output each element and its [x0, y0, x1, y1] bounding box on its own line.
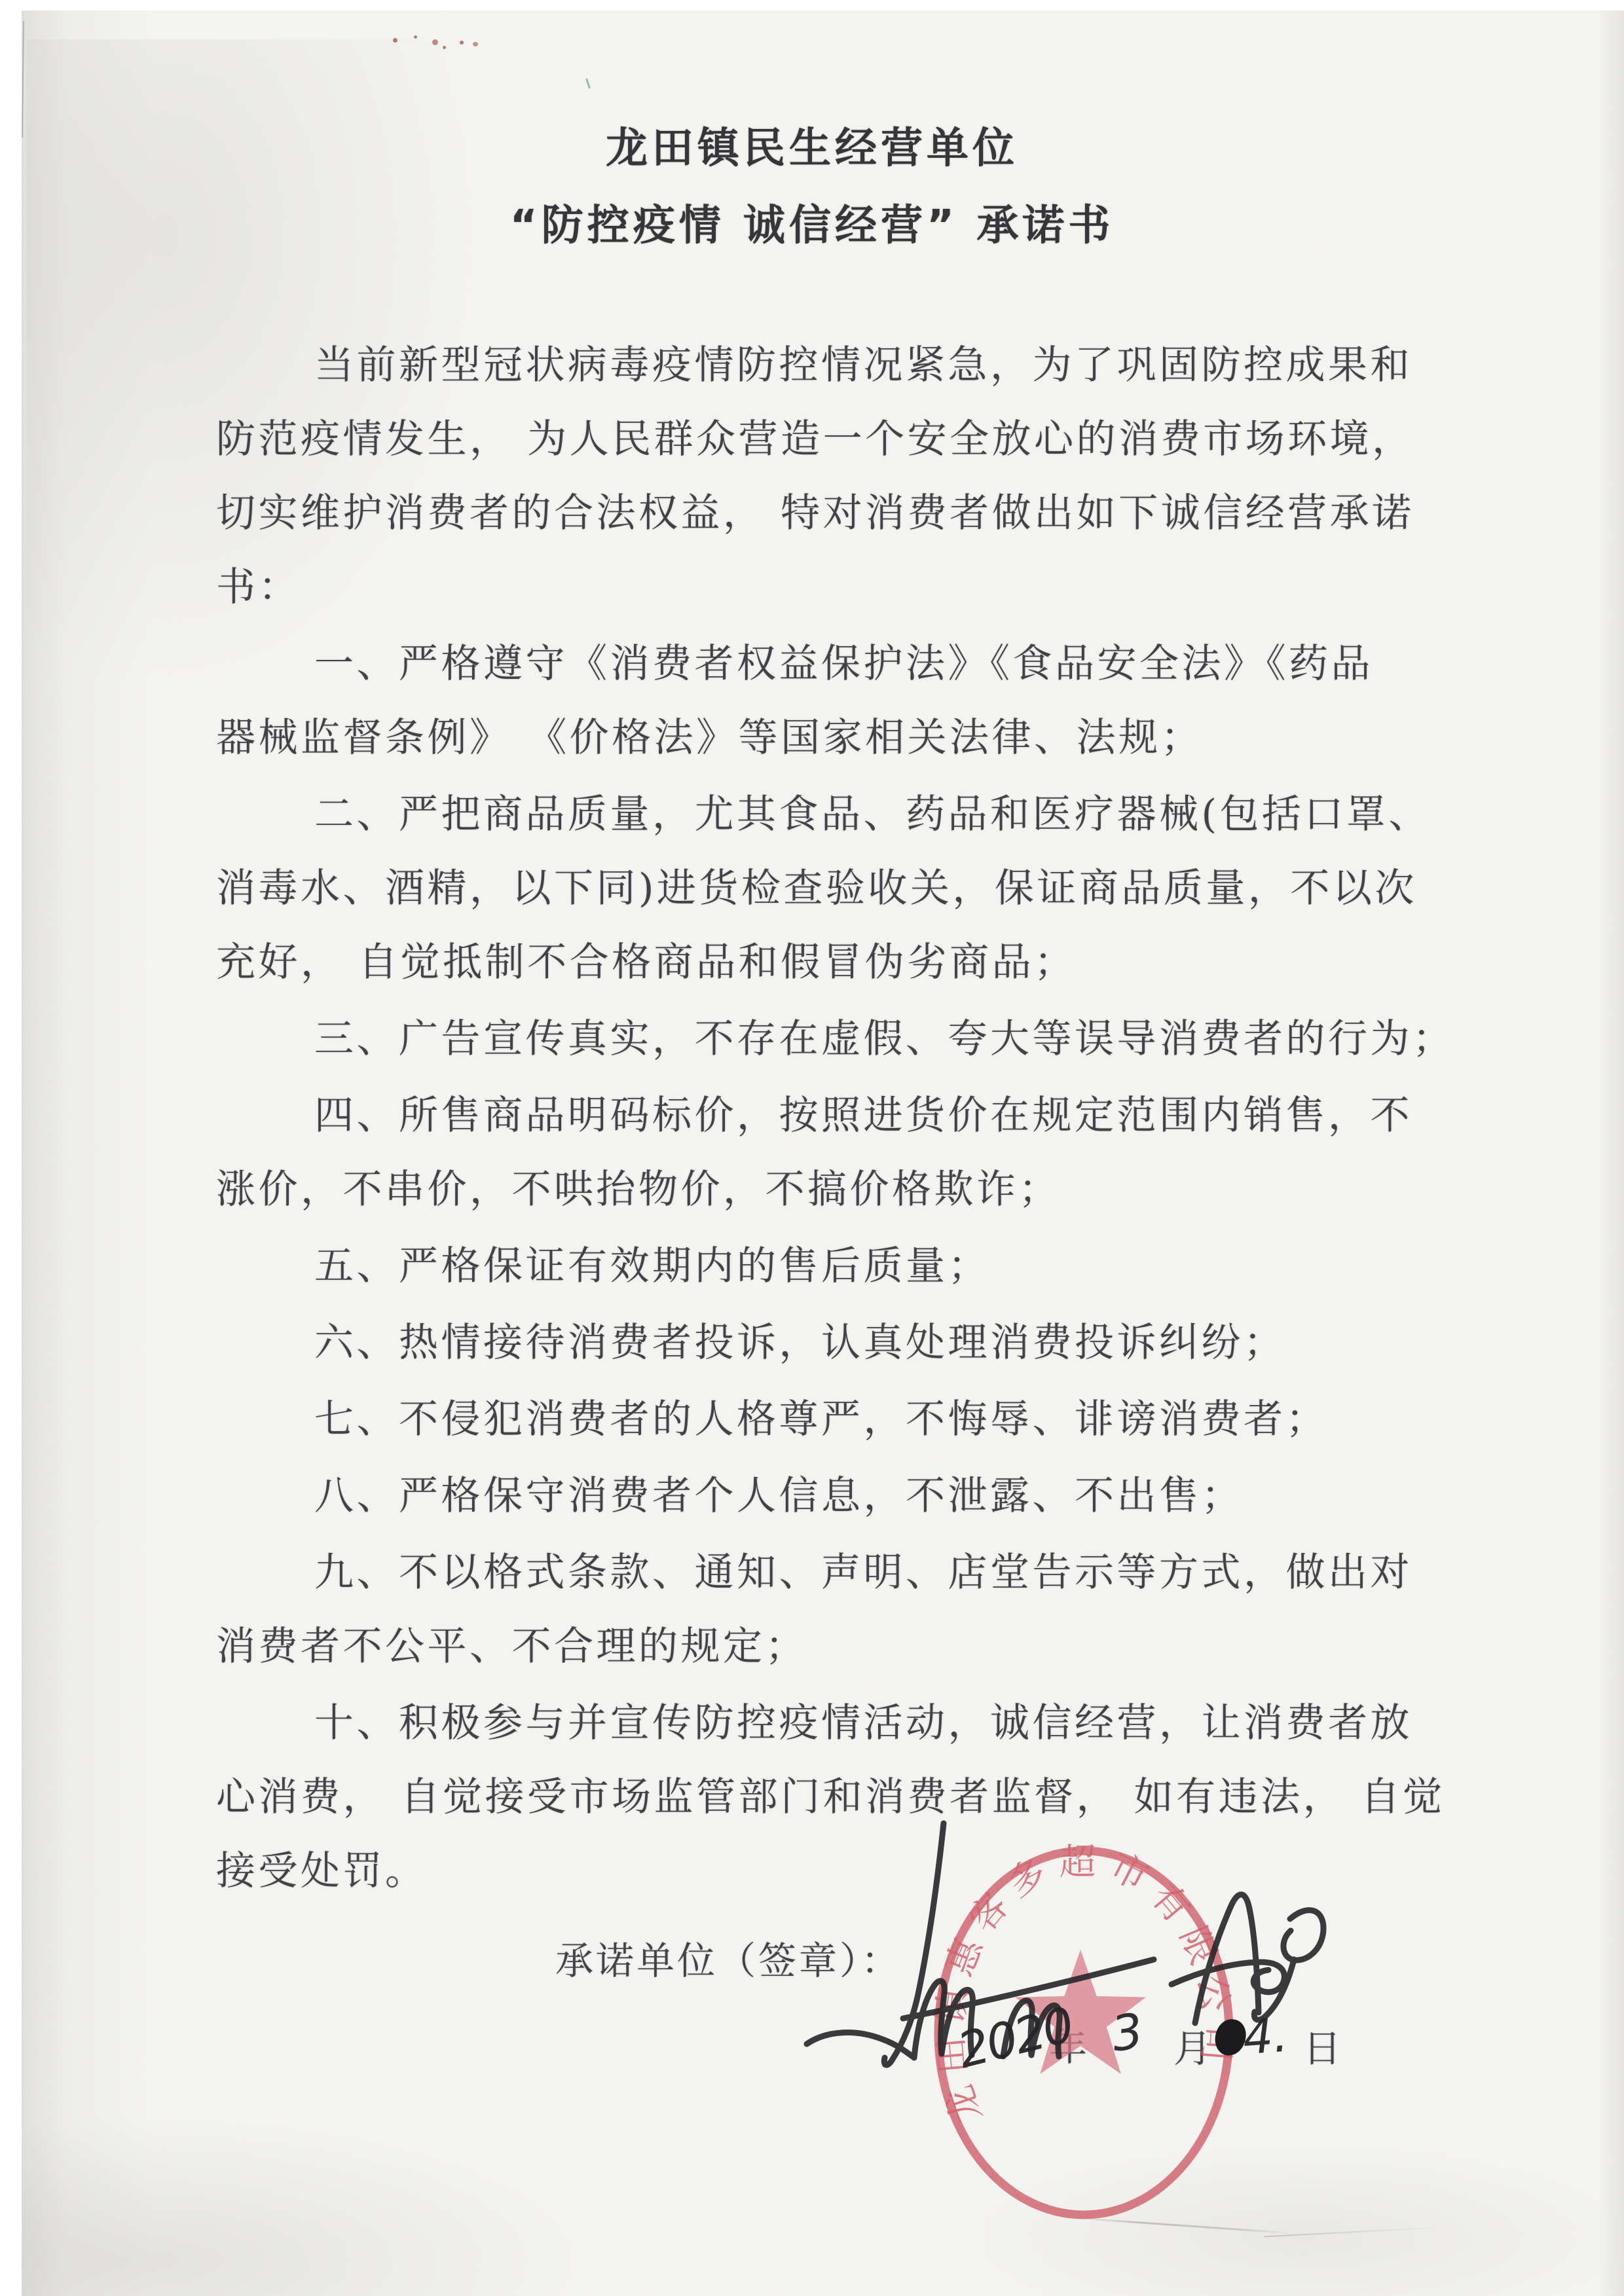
ink-speck	[473, 42, 478, 46]
body-line: 三、广告宣传真实，不存在虚假、夸大等误导消费者的行为；	[216, 1002, 1431, 1076]
body-line: 消毒水、酒精，以下同)进货检查验收关，保证商品质量，不以次	[216, 852, 1431, 926]
body-line: 九、不以格式条款、通知、声明、店堂告示等方式，做出对	[216, 1536, 1431, 1610]
body-line: 六、热情接待消费者投诉，认真处理消费投诉纠纷；	[216, 1306, 1431, 1380]
commitment-item-6: 六、热情接待消费者投诉，认真处理消费投诉纠纷；	[216, 1306, 1431, 1380]
body-line: 防范疫情发生， 为人民群众营造一个安全放心的消费市场环境，	[216, 403, 1431, 477]
body-line: 八、严格保守消费者个人信息，不泄露、不出售；	[216, 1459, 1431, 1533]
title-line-1: 龙田镇民生经营单位	[0, 110, 1624, 187]
body-line: 二、严把商品质量，尤其食品、药品和医疗器械(包括口罩、	[216, 778, 1431, 852]
scanned-document-page: 龙田镇民生经营单位 “防控疫情 诚信经营” 承诺书 当前新型冠状病毒疫情防控情况…	[0, 0, 1624, 2296]
body-line: 器械监督条例》 《价格法》等国家相关法律、法规；	[216, 701, 1431, 775]
ink-speck	[460, 41, 464, 45]
body-line: 十、积极参与并宣传防控疫情活动，诚信经营，让消费者放	[216, 1686, 1431, 1760]
body-line: 当前新型冠状病毒疫情防控情况紧急，为了巩固防控成果和	[216, 329, 1431, 403]
commitment-item-8: 八、严格保守消费者个人信息，不泄露、不出售；	[216, 1459, 1431, 1533]
commitment-item-4: 四、所售商品明码标价，按照进货价在规定范围内销售，不 涨价，不串价，不哄抬物价，…	[216, 1079, 1431, 1227]
commitment-item-7: 七、不侵犯消费者的人格尊严，不悔辱、诽谤消费者；	[216, 1383, 1431, 1457]
scan-edge-shadow	[1598, 0, 1624, 2296]
body-line: 七、不侵犯消费者的人格尊严，不悔辱、诽谤消费者；	[216, 1383, 1431, 1457]
ink-speck	[393, 38, 397, 43]
scan-margin	[0, 0, 1624, 10]
body-line: 五、严格保证有效期内的售后质量；	[216, 1230, 1431, 1303]
body-line: 切实维护消费者的合法权益， 特对消费者做出如下诚信经营承诺	[216, 477, 1431, 551]
title-line-2: “防控疫情 诚信经营” 承诺书	[0, 187, 1624, 264]
handwritten-signature	[766, 1813, 1382, 2141]
scan-edge-shadow	[22, 0, 166, 2296]
commitment-item-9: 九、不以格式条款、通知、声明、店堂告示等方式，做出对 消费者不公平、不合理的规定…	[216, 1536, 1431, 1684]
body-line: 充好， 自觉抵制不合格商品和假冒伪劣商品；	[216, 926, 1431, 1000]
body-line: 涨价，不串价，不哄抬物价，不搞价格欺诈；	[216, 1153, 1431, 1227]
body-line: 书：	[216, 551, 1431, 625]
ink-speck	[443, 46, 446, 49]
intro-paragraph: 当前新型冠状病毒疫情防控情况紧急，为了巩固防控成果和 防范疫情发生， 为人民群众…	[216, 329, 1431, 625]
commitment-item-5: 五、严格保证有效期内的售后质量；	[216, 1230, 1431, 1303]
body-line: 消费者不公平、不合理的规定；	[216, 1610, 1431, 1684]
commitment-item-3: 三、广告宣传真实，不存在虚假、夸大等误导消费者的行为；	[216, 1002, 1431, 1076]
commitment-item-2: 二、严把商品质量，尤其食品、药品和医疗器械(包括口罩、 消毒水、酒精，以下同)进…	[216, 778, 1431, 1000]
document-title: 龙田镇民生经营单位 “防控疫情 诚信经营” 承诺书	[0, 110, 1624, 264]
body-line: 四、所售商品明码标价，按照进货价在规定范围内销售，不	[216, 1079, 1431, 1153]
document-body: 当前新型冠状病毒疫情防控情况紧急，为了巩固防控成果和 防范疫情发生， 为人民群众…	[216, 329, 1431, 1908]
body-line: 一、严格遵守《消费者权益保护法》《食品安全法》《药品	[216, 627, 1431, 701]
ink-speck	[432, 39, 438, 45]
commitment-item-1: 一、严格遵守《消费者权益保护法》《食品安全法》《药品 器械监督条例》 《价格法》…	[216, 627, 1431, 775]
scan-margin	[0, 0, 22, 2296]
ink-speck	[414, 35, 417, 39]
